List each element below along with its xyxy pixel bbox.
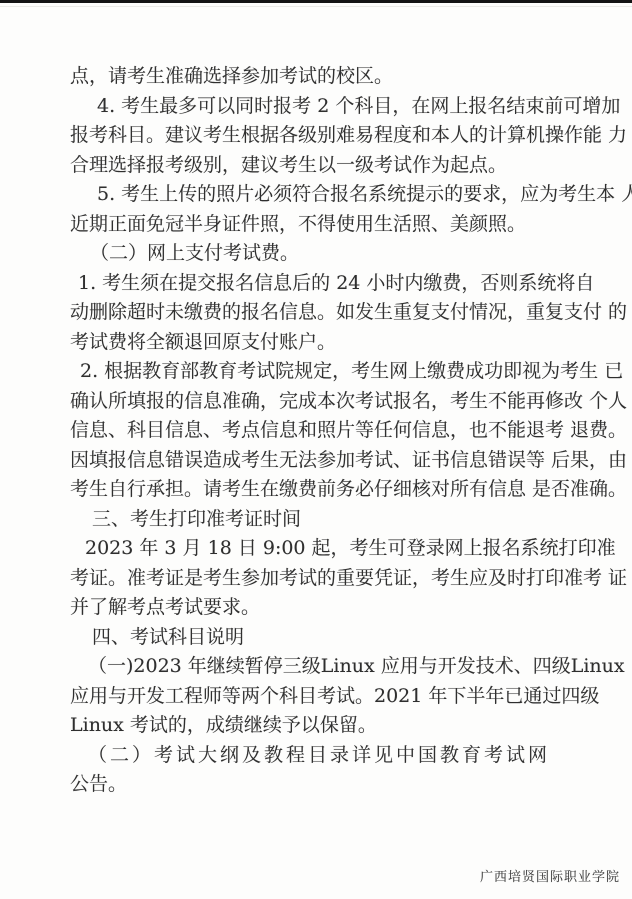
school-watermark: 广西培贤国际职业学院 xyxy=(480,866,620,885)
text-line: 2023 年 3 月 18 日 9:00 起，考生可登录网上报名系统打印准 xyxy=(70,534,580,564)
text-line: 合理选择报考级别，建议考生以一级考试作为起点。 xyxy=(70,151,580,181)
text-line: （二）网上支付考试费。 xyxy=(70,239,580,269)
text-line: 动删除超时未缴费的报名信息。如发生重复支付情况，重复支付 的 xyxy=(70,298,580,328)
text-line: 四、考试科目说明 xyxy=(70,623,580,653)
text-line: 三、考生打印准考证时间 xyxy=(70,505,580,535)
text-line: 应用与开发工程师等两个科目考试。2021 年下半年已通过四级 xyxy=(70,682,580,712)
text-line: 信息、科目信息、考点信息和照片等任何信息，也不能退考 退费。 xyxy=(70,416,580,446)
text-line: 报考科目。建议考生根据各级别难易程度和本人的计算机操作能 力 xyxy=(70,121,580,151)
text-line: 近期正面免冠半身证件照，不得使用生活照、美颜照。 xyxy=(70,210,580,240)
text-line: Linux 考试的，成绩继续予以保留。 xyxy=(70,711,580,741)
text-line: 确认所填报的信息准确，完成本次考试报名，考生不能再修改 个人 xyxy=(70,387,580,417)
text-line: （二）考试大纲及教程目录详见中国教育考试网 xyxy=(70,741,580,771)
text-line: 考生自行承担。请考生在缴费前务必仔细核对所有信息 是否准确。 xyxy=(70,475,580,505)
text-line: 因填报信息错误造成考生无法参加考试、证书信息错误等 后果，由 xyxy=(70,446,580,476)
scan-edge-top xyxy=(0,0,632,3)
text-line: 2. 根据教育部教育考试院规定，考生网上缴费成功即视为考生 已 xyxy=(70,357,580,387)
text-line: 1. 考生须在提交报名信息后的 24 小时内缴费，否则系统将自 xyxy=(70,269,580,299)
text-line: 5. 考生上传的照片必须符合报名系统提示的要求，应为考生本 人 xyxy=(70,180,580,210)
text-line: 点，请考生准确选择参加考试的校区。 xyxy=(70,62,580,92)
text-line: 4. 考生最多可以同时报考 2 个科目，在网上报名结束前可增加 xyxy=(70,92,580,122)
text-line: 公告。 xyxy=(70,770,580,800)
text-line: （一)2023 年继续暂停三级Linux 应用与开发技术、四级Linux xyxy=(70,652,580,682)
document-page: 点，请考生准确选择参加考试的校区。4. 考生最多可以同时报考 2 个科目，在网上… xyxy=(70,62,580,800)
text-line: 考试费将全额退回原支付账户。 xyxy=(70,328,580,358)
text-line: 考证。准考证是考生参加考试的重要凭证，考生应及时打印准考 证 xyxy=(70,564,580,594)
scan-edge-hairline xyxy=(0,6,632,7)
text-line: 并了解考点考试要求。 xyxy=(70,593,580,623)
